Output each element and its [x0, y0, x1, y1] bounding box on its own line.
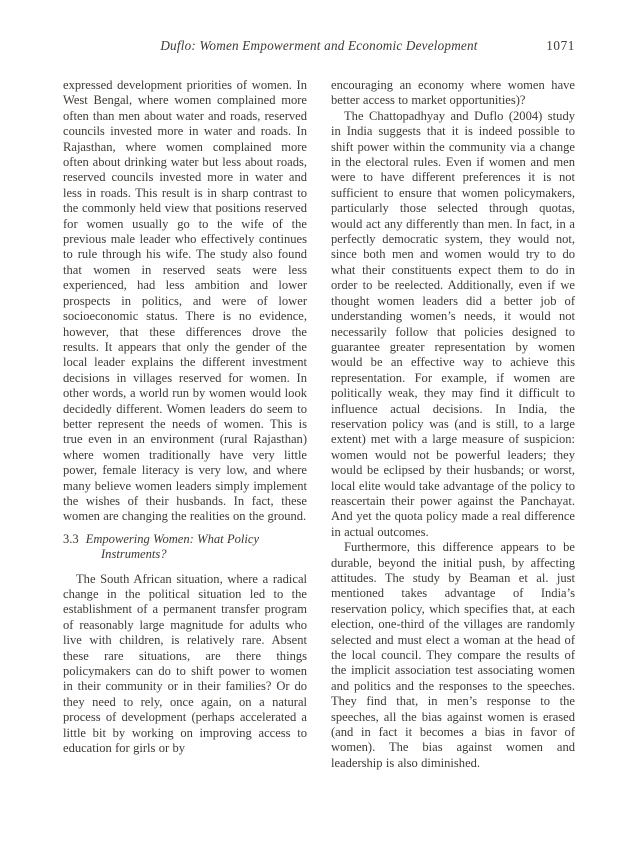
left-column: expressed development priorities of wome…: [63, 78, 307, 771]
section-heading: 3.3Empowering Women: What Policy Instrum…: [63, 532, 307, 563]
running-head-title: Duflo: Women Empowerment and Economic De…: [160, 38, 477, 53]
journal-page: Duflo: Women Empowerment and Economic De…: [0, 0, 638, 844]
section-heading-line1: 3.3Empowering Women: What Policy: [63, 532, 307, 547]
two-column-body: expressed development priorities of wome…: [63, 78, 575, 771]
paragraph-right-1: encouraging an economy where women have …: [331, 78, 575, 109]
running-head: Duflo: Women Empowerment and Economic De…: [63, 38, 575, 56]
section-title-line1: Empowering Women: What Policy: [86, 532, 259, 546]
paragraph-right-3: Furthermore, this difference appears to …: [331, 540, 575, 771]
right-column: encouraging an economy where women have …: [331, 78, 575, 771]
section-title-line2: Instruments?: [63, 547, 307, 562]
page-number: 1071: [546, 38, 575, 54]
paragraph-left-2: The South African situation, where a rad…: [63, 572, 307, 757]
paragraph-right-2: The Chattopadhyay and Duflo (2004) study…: [331, 109, 575, 540]
section-number: 3.3: [63, 532, 79, 546]
paragraph-left-1: expressed development priorities of wome…: [63, 78, 307, 525]
